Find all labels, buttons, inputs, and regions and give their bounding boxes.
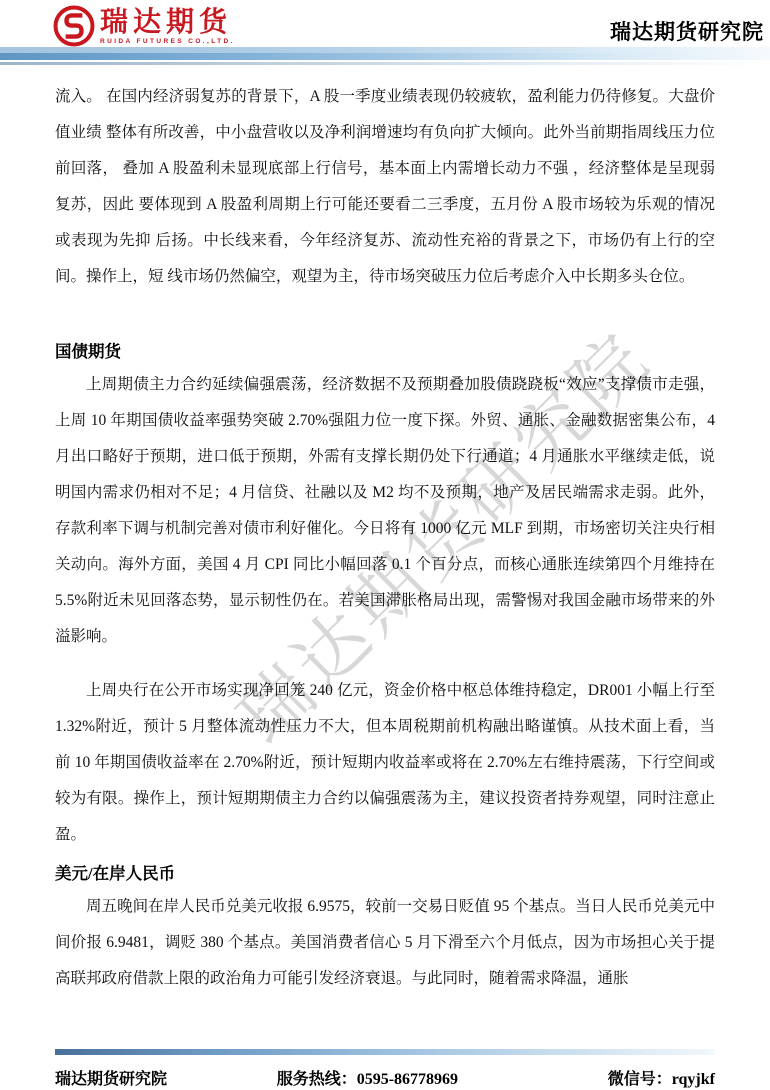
brand-text: 瑞达期货 RUIDA FUTURES CO.,LTD.	[100, 4, 235, 46]
header-divider	[0, 47, 770, 65]
section-heading-treasury: 国债期货	[55, 337, 715, 367]
header-institute-title: 瑞达期货研究院	[610, 16, 764, 46]
page-header: 瑞达期货 RUIDA FUTURES CO.,LTD. 瑞达期货研究院	[0, 0, 770, 45]
footer-institute: 瑞达期货研究院	[55, 1066, 167, 1089]
intro-paragraph: 流入。 在国内经济弱复苏的背景下，A 股一季度业绩表现仍较疲软，盈利能力仍待修复…	[55, 65, 715, 295]
treasury-paragraph-2: 上周央行在公开市场实现净回笼 240 亿元，资金价格中枢总体维持稳定，DR001…	[55, 673, 715, 853]
footer-hotline: 服务热线：0595-86778969	[277, 1066, 458, 1089]
document-body: 流入。 在国内经济弱复苏的背景下，A 股一季度业绩表现仍较疲软，盈利能力仍待修复…	[55, 65, 715, 997]
usd-cny-paragraph-1: 周五晚间在岸人民币兑美元收报 6.9575，较前一交易日贬值 95 个基点。当日…	[55, 889, 715, 997]
section-heading-usd-cny: 美元/在岸人民币	[55, 859, 715, 889]
brand-name-cn: 瑞达期货	[100, 8, 235, 36]
page-footer: 瑞达期货研究院 服务热线：0595-86778969 微信号：rqyjkf	[0, 1049, 770, 1090]
footer-divider-line	[55, 1049, 715, 1055]
brand-name-en: RUIDA FUTURES CO.,LTD.	[100, 39, 235, 46]
brand-logo: 瑞达期货 RUIDA FUTURES CO.,LTD.	[52, 4, 235, 48]
ruida-logo-icon	[52, 4, 96, 48]
footer-row: 瑞达期货研究院 服务热线：0595-86778969 微信号：rqyjkf	[55, 1064, 715, 1090]
section-usd-cny: 美元/在岸人民币 周五晚间在岸人民币兑美元收报 6.9575，较前一交易日贬值 …	[55, 859, 715, 997]
section-treasury-futures: 国债期货 上周期债主力合约延续偏强震荡，经济数据不及预期叠加股债跷跷板“效应”支…	[55, 337, 715, 853]
treasury-paragraph-1: 上周期债主力合约延续偏强震荡，经济数据不及预期叠加股债跷跷板“效应”支撑债市走强…	[55, 367, 715, 655]
footer-wechat: 微信号：rqyjkf	[608, 1066, 715, 1089]
header-divider-bar-main	[0, 47, 770, 60]
report-page: 瑞达期货 RUIDA FUTURES CO.,LTD. 瑞达期货研究院 瑞达期货…	[0, 0, 770, 1090]
